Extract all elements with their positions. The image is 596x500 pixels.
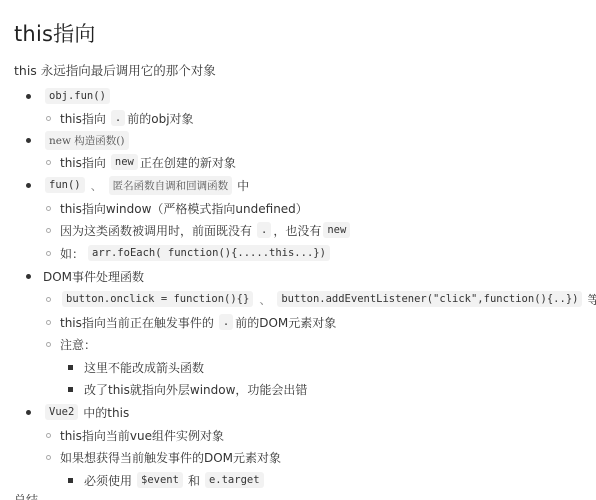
inline-code: fun() bbox=[45, 177, 85, 193]
circle-bullet-icon bbox=[46, 206, 51, 211]
circle-bullet-icon bbox=[46, 228, 51, 233]
list-item-dom-note2: 改了this就指向外层window，功能会出错 bbox=[0, 378, 596, 400]
inline-code: arr.foEach( function(){.....this...}) bbox=[88, 245, 330, 261]
circle-bullet-icon bbox=[46, 160, 51, 165]
text: ，也没有 bbox=[273, 222, 321, 239]
text: 因为这类函数被调用时，前面既没有 bbox=[60, 222, 252, 239]
disc-bullet-icon bbox=[26, 183, 31, 188]
list-item-fun: fun() 、 匿名函数自调和回调函数 中 bbox=[0, 174, 596, 196]
intro-text: this 永远指向最后调用它的那个对象 bbox=[14, 61, 216, 79]
inline-code: . bbox=[257, 222, 271, 238]
inline-code: button.addEventListener("click",function… bbox=[277, 291, 582, 307]
inline-code: e.target bbox=[205, 472, 264, 488]
circle-bullet-icon bbox=[46, 455, 51, 460]
text: 如果想获得当前触发事件的DOM元素对象 bbox=[60, 449, 281, 466]
square-bullet-icon bbox=[68, 478, 73, 483]
inline-code: 匿名函数自调和回调函数 bbox=[109, 176, 233, 195]
text: 这里不能改成箭头函数 bbox=[84, 359, 204, 376]
inline-code: button.onclick = function(){} bbox=[62, 291, 253, 307]
circle-bullet-icon bbox=[46, 116, 51, 121]
list-item-fun-sub1: this指向window（严格模式指向undefined） bbox=[0, 197, 596, 219]
text: this指向当前vue组件实例对象 bbox=[60, 427, 224, 444]
text: 必须使用 bbox=[84, 472, 132, 489]
text: this指向 bbox=[60, 154, 106, 171]
document-page: this指向 this 永远指向最后调用它的那个对象 obj.fun() thi… bbox=[0, 0, 596, 500]
separator: 、 bbox=[259, 291, 271, 308]
text: 正在创建的新对象 bbox=[140, 154, 236, 171]
list-item-obj: obj.fun() bbox=[0, 85, 596, 107]
cutoff-heading: 总结 bbox=[14, 494, 38, 500]
inline-code: . bbox=[111, 110, 125, 126]
disc-bullet-icon bbox=[26, 138, 31, 143]
circle-bullet-icon bbox=[46, 433, 51, 438]
list-item-vue-sub2: 如果想获得当前触发事件的DOM元素对象 bbox=[0, 446, 596, 468]
inline-code: new bbox=[111, 154, 138, 170]
text: 如： bbox=[60, 245, 84, 262]
square-bullet-icon bbox=[68, 387, 73, 392]
list-item-dom: DOM事件处理函数 bbox=[0, 265, 596, 287]
text: this指向当前正在触发事件的 bbox=[60, 314, 214, 331]
inline-code: new bbox=[323, 222, 350, 238]
list-item-new: new 构造函数() bbox=[0, 129, 596, 151]
text: 中的this bbox=[83, 404, 129, 421]
list-item-fun-sub3: 如： arr.foEach( function(){.....this...}) bbox=[0, 242, 596, 264]
inline-code: . bbox=[219, 314, 233, 330]
text: 和 bbox=[188, 472, 200, 489]
list-item-vue: Vue2 中的this bbox=[0, 401, 596, 423]
separator: 、 bbox=[91, 177, 103, 194]
disc-bullet-icon bbox=[26, 410, 31, 415]
page-title: this指向 bbox=[14, 18, 96, 48]
inline-code: $event bbox=[137, 472, 183, 488]
text: this指向window（严格模式指向undefined） bbox=[60, 200, 308, 217]
circle-bullet-icon bbox=[46, 251, 51, 256]
disc-bullet-icon bbox=[26, 94, 31, 99]
text: 前的DOM元素对象 bbox=[235, 314, 336, 331]
list-item-dom-sub1: button.onclick = function(){} 、 button.a… bbox=[0, 288, 596, 310]
circle-bullet-icon bbox=[46, 342, 51, 347]
square-bullet-icon bbox=[68, 365, 73, 370]
list-item-vue-note: 必须使用 $event 和 e.target bbox=[0, 469, 596, 491]
text: 中 bbox=[237, 177, 249, 194]
text: 改了this就指向外层window，功能会出错 bbox=[84, 381, 307, 398]
list-item-fun-sub2: 因为这类函数被调用时，前面既没有 . ，也没有 new bbox=[0, 219, 596, 241]
circle-bullet-icon bbox=[46, 297, 51, 302]
list-item-dom-sub2: this指向当前正在触发事件的 . 前的DOM元素对象 bbox=[0, 311, 596, 333]
text: this指向 bbox=[60, 110, 106, 127]
text: 注意： bbox=[60, 336, 96, 353]
disc-bullet-icon bbox=[26, 274, 31, 279]
text: 前的obj对象 bbox=[127, 110, 193, 127]
list-item-dom-sub3: 注意： bbox=[0, 333, 596, 355]
text: 等 bbox=[587, 291, 596, 308]
list-item-dom-note1: 这里不能改成箭头函数 bbox=[0, 356, 596, 378]
list-item-obj-sub: this指向 . 前的obj对象 bbox=[0, 107, 596, 129]
text: DOM事件处理函数 bbox=[43, 268, 144, 285]
list-item-vue-sub1: this指向当前vue组件实例对象 bbox=[0, 424, 596, 446]
inline-code: Vue2 bbox=[45, 404, 78, 420]
inline-code: new 构造函数() bbox=[45, 131, 129, 150]
inline-code: obj.fun() bbox=[45, 88, 110, 104]
list-item-new-sub: this指向 new 正在创建的新对象 bbox=[0, 151, 596, 173]
circle-bullet-icon bbox=[46, 320, 51, 325]
